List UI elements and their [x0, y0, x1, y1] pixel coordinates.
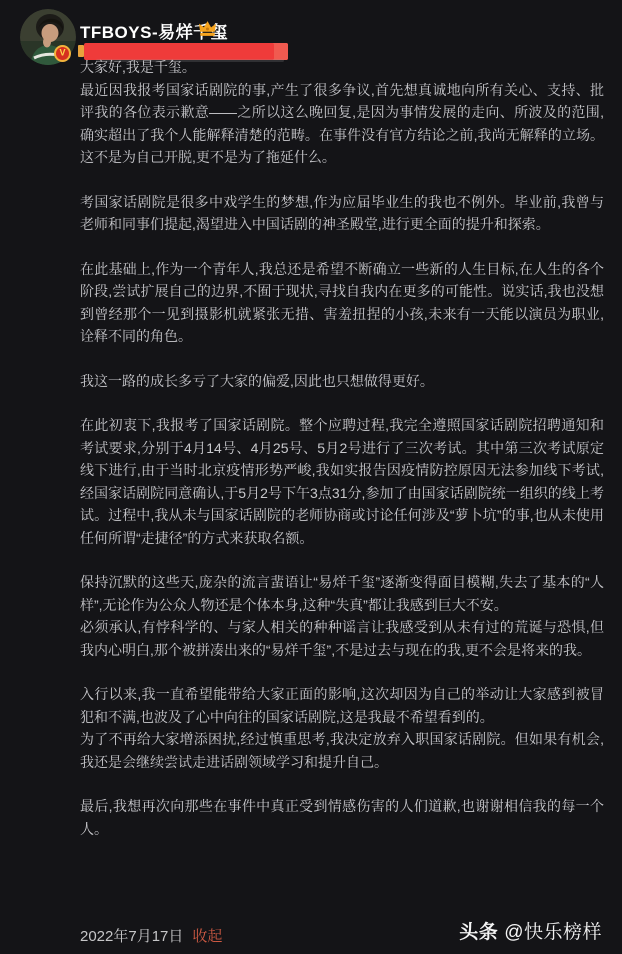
post-paragraph: 入行以来,我一直希望能带给大家正面的影响,这次却因为自己的举动让大家感到被冒犯和… [80, 683, 604, 773]
post-paragraph: 我这一路的成长多亏了大家的偏爱,因此也只想做得更好。 [80, 370, 604, 393]
vip-crown-icon [198, 20, 217, 37]
user-avatar[interactable]: V [20, 9, 76, 65]
post-text: 大家好,我是千玺。 最近因我报考国家话剧院的事,产生了很多争议,首先想真诚地向所… [80, 56, 604, 862]
post-footer: 2022年7月17日收起 [80, 925, 222, 946]
weibo-post-screen: V TFBOYS-易烊千玺 大家好,我是千玺。 最近因我报考国家话剧院的事,产生… [0, 0, 622, 954]
post-paragraph: 在此基础上,作为一个青年人,我总还是希望不断确立一些新的人生目标,在人生的各个阶… [80, 258, 604, 348]
post-paragraph: 最后,我想再次向那些在事件中真正受到情感伤害的人们道歉,也谢谢相信我的每一个人。 [80, 795, 604, 840]
verified-v-badge-icon: V [54, 45, 71, 62]
post-date: 2022年7月17日 [80, 928, 183, 945]
collapse-link[interactable]: 收起 [192, 928, 222, 945]
post-paragraph: 大家好,我是千玺。 最近因我报考国家话剧院的事,产生了很多争议,首先想真诚地向所… [80, 56, 604, 169]
watermark: 头条@快乐榜样 [459, 917, 602, 944]
post-paragraph: 保持沉默的这些天,庞杂的流言蜚语让“易烊千玺”逐渐变得面目模糊,失去了基本的“人… [80, 571, 604, 661]
post-paragraph: 考国家话剧院是很多中戏学生的梦想,作为应届毕业生的我也不例外。毕业前,我曾与老师… [80, 191, 604, 236]
watermark-brand: 头条 [459, 922, 498, 943]
verified-v-letter: V [59, 49, 65, 58]
post-paragraph: 在此初衷下,我报考了国家话剧院。整个应聘过程,我完全遵照国家话剧院招聘通知和考试… [80, 414, 604, 549]
watermark-handle: @快乐榜样 [504, 922, 602, 943]
